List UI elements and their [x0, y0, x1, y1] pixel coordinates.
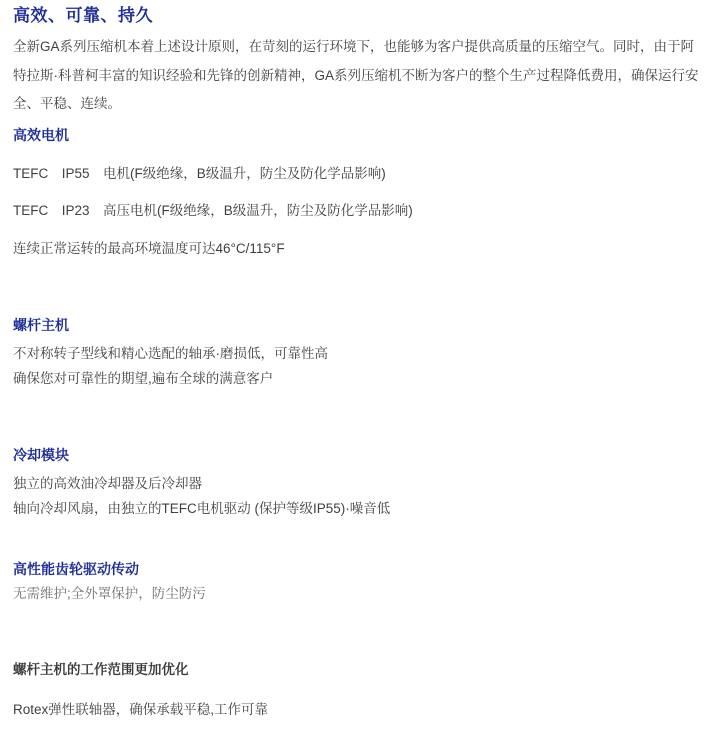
screw-element-line-rotor: 不对称转子型线和精心选配的轴承·磨损低，可靠性高: [13, 344, 328, 364]
gear-drive-line-maintenance: 无需维护;全外罩保护，防尘防污: [13, 584, 206, 604]
page-title: 高效、可靠、持久: [13, 5, 153, 27]
section-heading-cooling-module: 冷却模块: [13, 445, 69, 465]
cooling-line-fan: 轴向冷却风扇，由独立的TEFC电机驱动 (保护等级IP55)·噪音低: [13, 499, 390, 519]
optimized-range-line-coupling: Rotex弹性联轴器，确保承载平稳,工作可靠: [13, 700, 268, 720]
motor-spec-line-ip23: TEFC IP23 高压电机(F级绝缘，B级温升，防尘及防化学品影响): [13, 201, 413, 221]
cooling-line-coolers: 独立的高效油冷却器及后冷却器: [13, 474, 202, 494]
motor-spec-line-ip55: TEFC IP55 电机(F级绝缘，B级温升，防尘及防化学品影响): [13, 164, 386, 184]
subheading-optimized-working-range: 螺杆主机的工作范围更加优化: [13, 660, 189, 680]
section-heading-screw-element: 螺杆主机: [13, 315, 69, 335]
section-heading-motor: 高效电机: [13, 125, 69, 145]
product-feature-document: { "colors": { "heading_blue": "#1e2d96",…: [0, 0, 716, 732]
intro-paragraph: 全新GA系列压缩机本着上述设计原则，在苛刻的运行环境下，也能够为客户提供高质量的…: [13, 33, 707, 119]
screw-element-line-reliability: 确保您对可靠性的期望,遍布全球的满意客户: [13, 369, 273, 389]
motor-spec-line-ambient-temp: 连续正常运转的最高环境温度可达46°C/115°F: [13, 239, 285, 259]
section-heading-gear-drive: 高性能齿轮驱动传动: [13, 559, 139, 579]
